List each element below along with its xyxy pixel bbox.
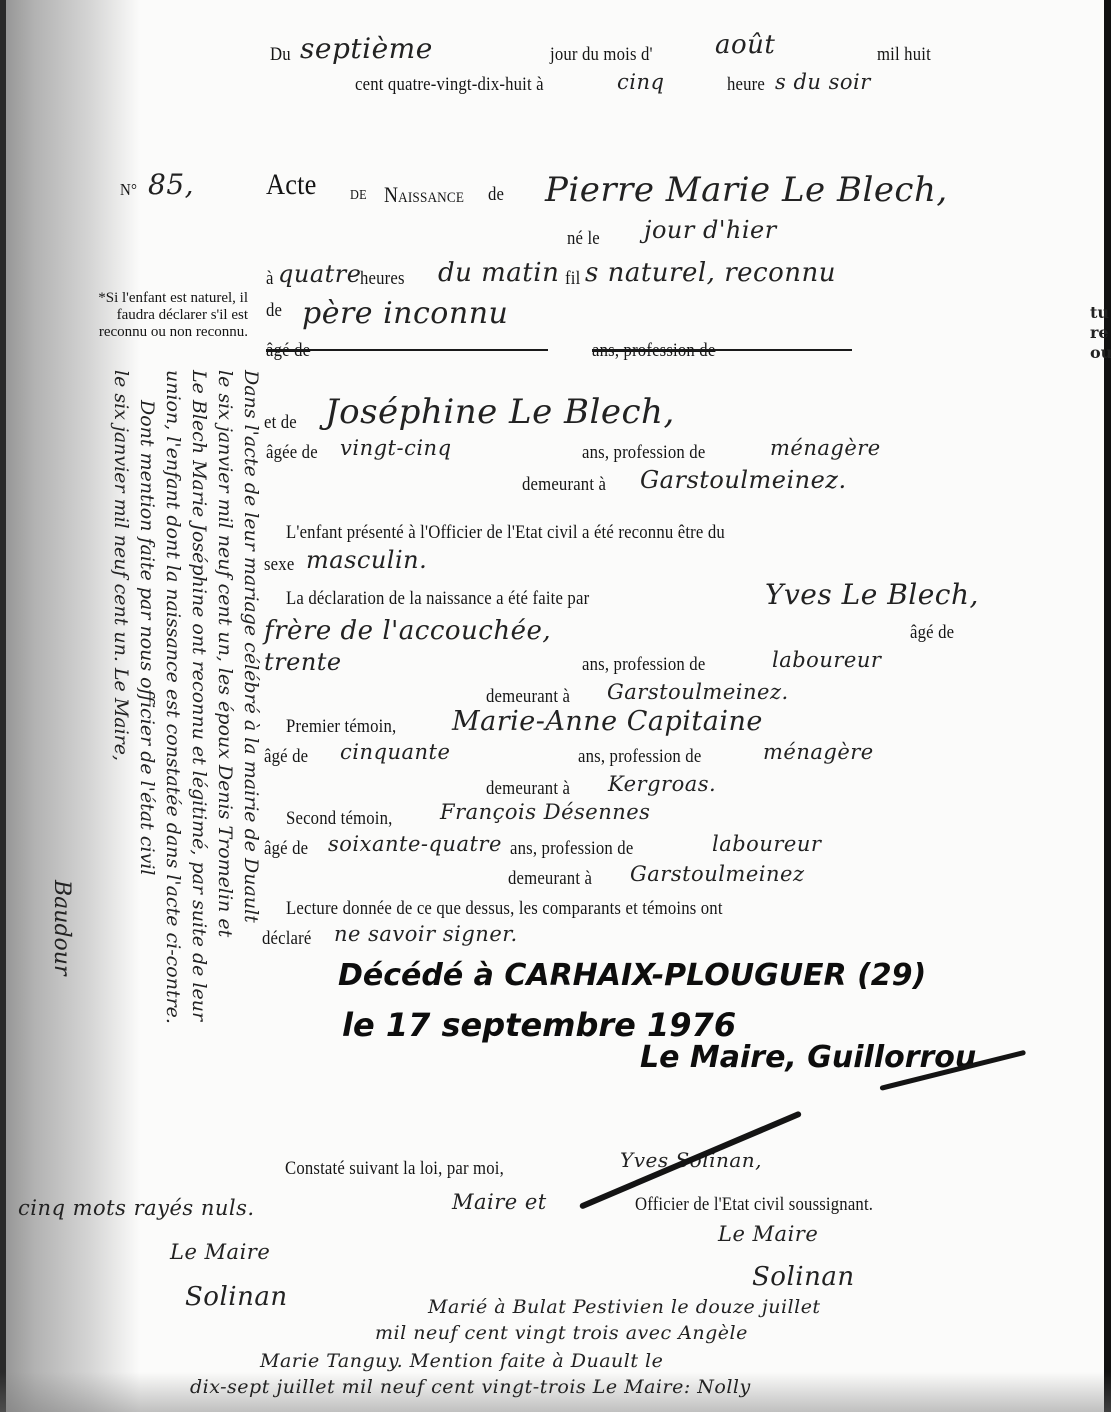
bottom-note-line-4: dix-sept juillet mil neuf cent vingt-tro…	[190, 1376, 751, 1398]
bottom-note-line-3: Marie Tanguy. Mention faite à Duault le	[260, 1350, 663, 1372]
page-title: Acte	[266, 168, 323, 202]
witness1-age-handwritten: cinquante	[340, 740, 450, 764]
margin-annotation-line-3: Le Blech Marie Joséphine ont reconnu et …	[188, 370, 210, 1021]
scan-edge-right	[1104, 0, 1111, 1412]
a-label: à	[266, 268, 274, 290]
number-label: N°	[120, 180, 137, 200]
witness2-profession-label: ans, profession de	[510, 838, 633, 860]
declarant-sentence: La déclaration de la naissance a été fai…	[286, 588, 589, 610]
mother-age-handwritten: vingt-cinq	[340, 436, 452, 460]
de-label: de	[266, 300, 282, 322]
title-de: de	[350, 182, 367, 205]
words-struck-note: cinq mots rayés nuls.	[18, 1196, 255, 1220]
bottom-note-line-1: Marié à Bulat Pestivien le douze juillet	[428, 1296, 821, 1318]
father-handwritten: père inconnu	[302, 296, 508, 331]
heures-label-2: heures	[360, 268, 405, 290]
death-note-mayor-signature: Le Maire, Guillorrou	[640, 1040, 976, 1075]
et-de-label: et de	[264, 412, 297, 434]
declare-label: déclaré	[262, 928, 312, 950]
death-note-line2: le 17 septembre 1976	[342, 1006, 736, 1044]
declarant-profession-handwritten: laboureur	[772, 648, 881, 672]
father-profession-label-struck: ans, profession de	[592, 340, 715, 362]
margin-le-maire: Le Maire	[170, 1240, 270, 1264]
witness2-label: Second témoin,	[286, 808, 392, 830]
declarant-residence-handwritten: Garstoulmeinez.	[607, 680, 789, 704]
declarant-age-handwritten: trente	[264, 648, 342, 676]
margin-annotation-line-2: le six janvier mil neuf cent un, les épo…	[214, 370, 236, 937]
declarant-demeurant-label: demeurant à	[486, 686, 570, 708]
mother-profession-handwritten: ménagère	[770, 436, 881, 460]
mother-profession-label: ans, profession de	[582, 442, 705, 464]
witness1-profession-label: ans, profession de	[578, 746, 701, 768]
fils-suffix-handwritten: s naturel, reconnu	[585, 258, 836, 288]
hour-suffix-handwritten: s du soir	[775, 70, 871, 94]
sex-sentence: L'enfant présenté à l'Officier de l'Etat…	[286, 522, 725, 544]
margin-annotation-line-4: union, l'enfant dont la naissance est co…	[162, 370, 184, 1024]
witness1-label: Premier témoin,	[286, 716, 396, 738]
du-label: Du	[270, 44, 291, 66]
sexe-label: sexe	[264, 554, 294, 576]
strike-line-1	[266, 349, 548, 351]
mil-huit-label: mil huit	[877, 44, 931, 66]
declare-handwritten: ne savoir signer.	[334, 922, 518, 946]
title-naissance: Naissance	[384, 182, 464, 208]
child-name-handwritten: Pierre Marie Le Blech,	[545, 170, 948, 210]
witness1-name-handwritten: Marie-Anne Capitaine	[452, 706, 763, 737]
jour-du-mois-label: jour du mois d'	[550, 44, 653, 66]
right-edge-cut-text: tu re ou	[1090, 303, 1111, 363]
declarant-profession-label: ans, profession de	[582, 654, 705, 676]
heures-label: heure	[727, 74, 765, 96]
witness2-age-label: âgé de	[264, 838, 308, 860]
declarant-name-handwritten: Yves Le Blech,	[765, 578, 979, 611]
witness2-profession-handwritten: laboureur	[712, 832, 821, 856]
ne-le-label: né le	[567, 228, 600, 250]
hour-handwritten: cinq	[617, 70, 664, 94]
birth-hour-handwritten: quatre	[278, 260, 361, 288]
year-printed: cent quatre-vingt-dix-huit à	[355, 74, 544, 96]
margin-mayor-signature: Solinan	[185, 1282, 288, 1312]
margin-annotation-line-6: le six janvier mil neuf cent un. Le Mair…	[110, 370, 132, 761]
mayor-signature-handwritten: Solinan	[752, 1262, 855, 1292]
reading-sentence: Lecture donnée de ce que dessus, les com…	[286, 898, 723, 920]
margin-annotation-line-5: Dont mention faite par nous officier de …	[136, 400, 158, 875]
witness2-demeurant-label: demeurant à	[508, 868, 592, 890]
strike-line-2	[592, 349, 852, 351]
fils-label: fil	[565, 268, 580, 290]
witness1-residence-handwritten: Kergroas.	[608, 772, 716, 796]
day-handwritten: septième	[300, 32, 433, 65]
witness2-age-handwritten: soixante-quatre	[328, 832, 502, 856]
constate-label: Constaté suivant la loi, par moi,	[285, 1158, 504, 1180]
mother-name-handwritten: Joséphine Le Blech,	[325, 392, 675, 432]
witness2-residence-handwritten: Garstoulmeinez	[630, 862, 805, 886]
mother-residence-handwritten: Garstoulmeinez.	[640, 466, 847, 494]
declarant-age-label: âgé de	[910, 622, 954, 644]
death-note-line1: Décédé à CARHAIX-PLOUGUER (29)	[338, 958, 926, 993]
witness1-age-label: âgé de	[264, 746, 308, 768]
margin-annotation-line-1: Dans l'acte de leur mariage célébré à la…	[240, 370, 262, 923]
le-maire-handwritten: Le Maire	[718, 1222, 818, 1246]
month-handwritten: août	[715, 30, 775, 60]
title-de2: de	[488, 184, 504, 206]
mother-age-label: âgée de	[266, 442, 318, 464]
margin-signature: Baudour	[49, 880, 74, 975]
officer-label: Officier de l'Etat civil soussignant.	[635, 1194, 873, 1216]
declarant-relation-handwritten: frère de l'accouchée,	[264, 616, 551, 646]
birth-day-handwritten: jour d'hier	[644, 216, 777, 244]
right-edge-line-3: ou	[1090, 343, 1111, 363]
scan-edge-left	[0, 0, 6, 1412]
witness1-profession-handwritten: ménagère	[763, 740, 874, 764]
right-edge-line-2: re	[1090, 323, 1111, 343]
record-number-handwritten: 85,	[148, 168, 194, 201]
title-acte: Acte	[266, 168, 317, 202]
birth-certificate-page: Du septième jour du mois d' août mil hui…	[0, 0, 1111, 1412]
maire-et-handwritten: Maire et	[452, 1190, 547, 1214]
mother-demeurant-label: demeurant à	[522, 474, 606, 496]
witness2-name-handwritten: François Désennes	[440, 800, 650, 824]
witness1-demeurant-label: demeurant à	[486, 778, 570, 800]
footnote: *Si l'enfant est naturel, il faudra décl…	[88, 290, 248, 341]
du-matin-handwritten: du matin	[438, 258, 559, 288]
father-age-label-struck: âgé de	[266, 340, 310, 362]
bottom-note-line-2: mil neuf cent vingt trois avec Angèle	[375, 1322, 748, 1344]
sex-value-handwritten: masculin.	[306, 546, 427, 574]
right-edge-line-1: tu	[1090, 303, 1111, 323]
